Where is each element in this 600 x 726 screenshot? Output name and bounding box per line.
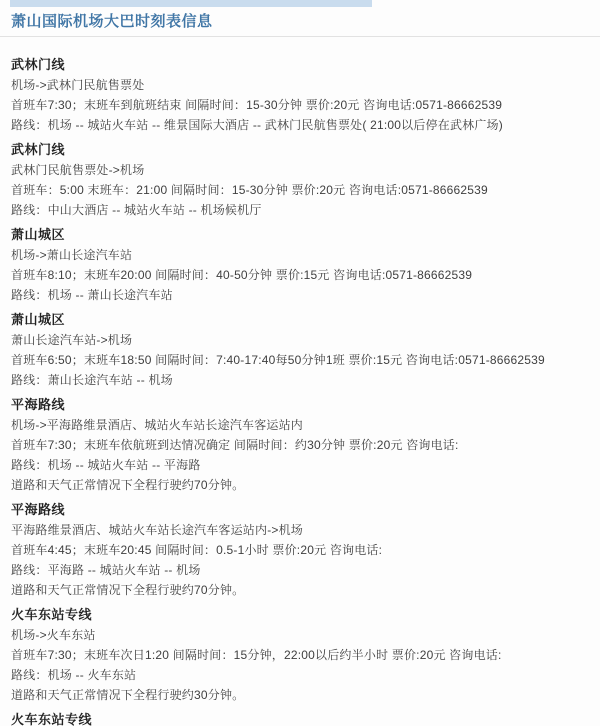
route-detail-line: 机场->火车东站 [11,625,592,645]
route-detail-line: 首班车7:30；末班车依航班到达情况确定 间隔时间：约30分钟 票价:20元 咨… [11,435,592,455]
route-detail-line: 路线：中山大酒店 -- 城站火车站 -- 机场候机厅 [11,200,592,220]
route-detail-line: 路线：机场 -- 城站火车站 -- 维景国际大酒店 -- 武林门民航售票处( 2… [11,115,592,135]
route-detail-line: 首班车7:30；末班车到航班结束 间隔时间：15-30分钟 票价:20元 咨询电… [11,95,592,115]
schedule-sections: 武林门线机场->武林门民航售票处首班车7:30；末班车到航班结束 间隔时间：15… [0,55,600,726]
route-detail-line: 平海路维景酒店、城站火车站长途汽车客运站内->机场 [11,520,592,540]
route-detail-line: 武林门民航售票处->机场 [11,160,592,180]
route-heading: 火车东站专线 [11,710,592,726]
route-section: 萧山城区萧山长途汽车站->机场首班车6:50；末班车18:50 间隔时间：7:4… [11,310,592,390]
route-heading: 萧山城区 [11,225,592,245]
route-heading: 火车东站专线 [11,605,592,625]
route-detail-line: 路线：平海路 -- 城站火车站 -- 机场 [11,560,592,580]
route-heading: 萧山城区 [11,310,592,330]
route-heading: 平海路线 [11,500,592,520]
route-detail-line: 首班车8:10；末班车20:00 间隔时间：40-50分钟 票价:15元 咨询电… [11,265,592,285]
route-section: 平海路线平海路维景酒店、城站火车站长途汽车客运站内->机场首班车4:45；末班车… [11,500,592,600]
route-detail-line: 道路和天气正常情况下全程行驶约30分钟。 [11,685,592,705]
route-section: 火车东站专线 [11,710,592,726]
route-detail-line: 首班车4:45；末班车20:45 间隔时间：0.5-1小时 票价:20元 咨询电… [11,540,592,560]
route-detail-line: 路线：机场 -- 城站火车站 -- 平海路 [11,455,592,475]
route-detail-line: 首班车7:30；末班车次日1:20 间隔时间：15分钟，22:00以后约半小时 … [11,645,592,665]
route-detail-line: 路线：机场 -- 火车东站 [11,665,592,685]
route-heading: 武林门线 [11,55,592,75]
route-detail-line: 首班车：5:00 末班车：21:00 间隔时间：15-30分钟 票价:20元 咨… [11,180,592,200]
route-heading: 平海路线 [11,395,592,415]
route-section: 武林门线机场->武林门民航售票处首班车7:30；末班车到航班结束 间隔时间：15… [11,55,592,135]
route-detail-line: 机场->武林门民航售票处 [11,75,592,95]
route-section: 火车东站专线机场->火车东站首班车7:30；末班车次日1:20 间隔时间：15分… [11,605,592,705]
route-heading: 武林门线 [11,140,592,160]
route-detail-line: 机场->平海路维景酒店、城站火车站长途汽车客运站内 [11,415,592,435]
route-detail-line: 机场->萧山长途汽车站 [11,245,592,265]
route-detail-line: 道路和天气正常情况下全程行驶约70分钟。 [11,475,592,495]
route-detail-line: 路线：萧山长途汽车站 -- 机场 [11,370,592,390]
route-section: 萧山城区机场->萧山长途汽车站首班车8:10；末班车20:00 间隔时间：40-… [11,225,592,305]
route-detail-line: 道路和天气正常情况下全程行驶约70分钟。 [11,580,592,600]
route-detail-line: 路线：机场 -- 萧山长途汽车站 [11,285,592,305]
route-detail-line: 萧山长途汽车站->机场 [11,330,592,350]
route-section: 武林门线武林门民航售票处->机场首班车：5:00 末班车：21:00 间隔时间：… [11,140,592,220]
top-strip-decoration [10,0,372,7]
route-detail-line: 首班车6:50；末班车18:50 间隔时间：7:40-17:40每50分钟1班 … [11,350,592,370]
route-section: 平海路线机场->平海路维景酒店、城站火车站长途汽车客运站内首班车7:30；末班车… [11,395,592,495]
page-title: 萧山国际机场大巴时刻表信息 [11,13,592,30]
